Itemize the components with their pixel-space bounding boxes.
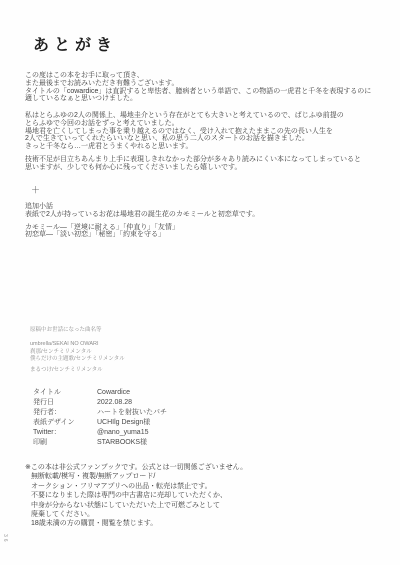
colophon-value: Cowardice [97,388,167,398]
colophon-value: @nano_yuma15 [97,428,167,438]
colophon-row: タイトル Cowardice [33,388,167,398]
text-line: 適しているなぁと思いつけました。 [25,95,371,103]
colophon-label: 発行日 [33,398,97,408]
page-title: あとがき [33,32,117,55]
plus-mark: ＋ [31,183,40,196]
colophon-value: ハートを射抜いたパチ [97,408,167,418]
text-line: 初恋草—「淡い初恋」「秘密」「約束を守る」 [25,231,259,239]
extra-notes-heading: 追加小話 [25,203,259,211]
colophon-label: 印刷 [33,438,97,448]
disclaimer-line: 不要になりました際は専門の中古書店に売却していただくか、 [25,491,247,500]
song-credit-line: まるつけ/センチミリメンタル [30,367,125,374]
song-credit-line: 僕らだけの主題歌/センチミリメンタル [30,356,125,363]
song-credit-line: umbrella/SEKAI NO OWARI [30,341,125,348]
song-credits-section: 原稿中お世話になった曲名等 umbrella/SEKAI NO OWARI 刹那… [30,327,125,374]
text-line: 技術不足が目立ちあんまり上手に表現しきれなかった部分が多々あり読みにくい本になっ… [25,156,361,164]
extra-notes-section: 追加小話 表紙で2人が持っているお花は場地君の誕生花のカモミールと初恋草です。 … [25,203,259,239]
colophon-label: タイトル [33,388,97,398]
colophon-label: 発行者： [33,408,97,418]
disclaimer-section: ※この本は非公式ファンブックです。公式とは一切関係ございません。 無断転載/模写… [25,463,247,529]
disclaimer-line: 18歳未満の方の購買・閲覧を禁じます。 [25,519,247,528]
text-line: とらふゆで今回のお話をずっと考えていました。 [25,120,344,128]
afterword-paragraph-3: 技術不足が目立ちあんまり上手に表現しきれなかった部分が多々あり読みにくい本になっ… [25,156,361,172]
colophon-label: 表紙デザイン [33,418,97,428]
text-line: きっと千冬なら…一虎君とうまくやれると思います。 [25,143,344,151]
disclaimer-line: 中身が分からない状態にしていただいた上で可燃ごみとして [25,501,247,510]
disclaimer-line: オークション・フリマアプリへの出品・転売は禁止です。 [25,482,247,491]
disclaimer-line: 無断転載/模写・複製/無断アップロード/ [25,472,247,481]
colophon-value: UCHIlg Design様 [97,418,167,428]
text-line: 表紙で2人が持っているお花は場地君の誕生花のカモミールと初恋草です。 [25,211,259,219]
text-line: 思いますが、少しでも何か心に残ってくださいましたら嬉しいです。 [25,164,361,172]
colophon-row: 発行者： ハートを射抜いたパチ [33,408,167,418]
colophon-row: 表紙デザイン UCHIlg Design様 [33,418,167,428]
text-line: この度はこの本をお手に取って頂き、 [25,72,371,80]
colophon-value: 2022.08.28 [97,398,167,408]
colophon: タイトル Cowardice 発行日 2022.08.28 発行者： ハートを射… [33,388,167,448]
disclaimer-line: ※この本は非公式ファンブックです。公式とは一切関係ございません。 [25,463,247,472]
afterword-paragraph-1: この度はこの本をお手に取って頂き、 また最後までお読みいただき有難うございます。… [25,72,371,103]
afterword-page: あとがき この度はこの本をお手に取って頂き、 また最後までお読みいただき有難うご… [0,0,400,565]
colophon-row: 印刷 STARBOOKS様 [33,438,167,448]
disclaimer-line: 廃棄してください。 [25,510,247,519]
text-line: 私はとらふゆの2人の関係上、場地圭介という存在がとても大きいと考えているので、ば… [25,112,344,120]
afterword-paragraph-2: 私はとらふゆの2人の関係上、場地圭介という存在がとても大きいと考えているので、ば… [25,112,344,151]
text-line: また最後までお読みいただき有難うございます。 [25,80,371,88]
song-credits-heading: 原稿中お世話になった曲名等 [30,327,125,334]
colophon-value: STARBOOKS様 [97,438,167,448]
colophon-label: Twitter： [33,428,97,438]
colophon-row: Twitter： @nano_yuma15 [33,428,167,438]
colophon-row: 発行日 2022.08.28 [33,398,167,408]
page-number: 36 [2,534,8,544]
